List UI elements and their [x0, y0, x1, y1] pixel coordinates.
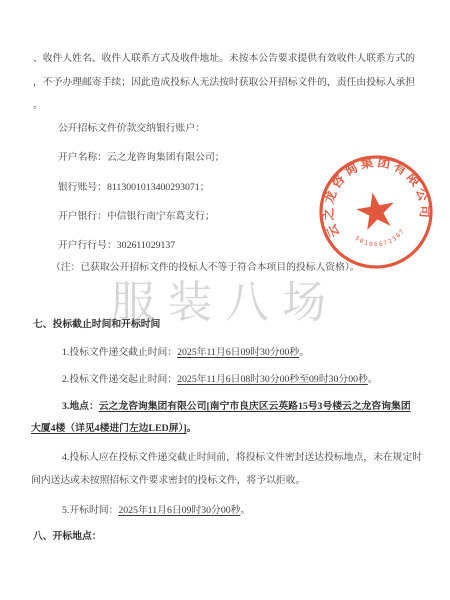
s7-item1: 1.投标文件递交截止时间：2025年11月6日09时30分00秒。 — [62, 344, 309, 358]
bank-account-title: 公开招标文件价款交纳银行账户： — [58, 120, 205, 134]
s7-item2-label: 2.投标文件递交起止时间： — [62, 374, 177, 385]
seal-star-icon — [354, 189, 398, 231]
s7-item5-tail: 。 — [240, 505, 250, 516]
svg-text:云之龙咨询集团有限公司: 云之龙咨询集团有限公司 — [311, 146, 435, 241]
section8-heading: 八、开标地点： — [33, 528, 102, 542]
s7-item3-address-part1: 云之龙咨询集团有限公司[南宁市良庆区云英路15号3号楼云之龙咨询集团 — [99, 401, 411, 412]
s7-item1-tail: 。 — [299, 347, 309, 358]
bank-branch: 开户银行：中信银行南宁东葛支行； — [58, 208, 215, 222]
paragraph-recipient-line3: 。 — [33, 97, 43, 111]
seal-company-name: 云之龙咨询集团有限公司 — [311, 146, 435, 241]
s7-item3-label: 3.地点： — [62, 401, 99, 412]
bank-account-name: 开户名称：云之龙咨询集团有限公司； — [58, 149, 225, 163]
s7-item5-label: 5.开标时间： — [62, 505, 118, 516]
s7-item5-time: 2025年11月6日09时30分00秒 — [118, 505, 240, 516]
paragraph-recipient-line1: 、收件人姓名、收件人联系方式及收件地址。未按本公告要求提供有效收件人联系方式的 — [33, 50, 415, 64]
s7-item3-line1: 3.地点：云之龙咨询集团有限公司[南宁市良庆区云英路15号3号楼云之龙咨询集团 — [62, 398, 411, 412]
bank-note: （注：已获取公开招标文件的投标人不等于符合本项目的投标人资格）。 — [51, 259, 360, 273]
s7-item3-tail: 。 — [187, 423, 197, 434]
s7-item5: 5.开标时间：2025年11月6日09时30分00秒。 — [62, 502, 250, 516]
s7-item1-label: 1.投标文件递交截止时间： — [62, 347, 177, 358]
s7-item2-window: 2025年11月6日08时30分00秒至09时30分00秒 — [177, 374, 368, 385]
s7-item2: 2.投标文件递交起止时间：2025年11月6日08时30分00秒至09时30分0… — [62, 371, 378, 385]
bank-account-number: 银行账号：8113001013400293071； — [58, 179, 210, 193]
s7-item1-deadline: 2025年11月6日09时30分00秒 — [177, 347, 299, 358]
s7-item3-line2: 大厦4楼（详见4楼进门左边LED屏）]。 — [31, 420, 196, 434]
s7-item4-line1: 4.投标人应在投标文件递交截止时间前，将投标文件密封送达投标地点，未在规定时 — [62, 449, 422, 463]
document-page: 服装八场 、收件人姓名、收件人联系方式及收件地址。未按本公告要求提供有效收件人联… — [0, 0, 450, 600]
bank-code: 开户行行号：302611029137 — [58, 237, 175, 251]
s7-item3-address-part2: 大厦4楼（详见4楼进门左边LED屏）] — [31, 423, 187, 434]
section7-heading: 七、投标截止时间和开标时间 — [33, 316, 160, 330]
company-seal: 云之龙咨询集团有限公司 4501066723070 — [306, 142, 445, 281]
s7-item2-tail: 。 — [368, 374, 378, 385]
paragraph-recipient-line2: ，不予办理邮寄手续；因此造成投标人无法按时获取公开招标文件的，责任由投标人承担 — [33, 74, 415, 88]
s7-item4-line2: 间内送达或未按照招标文件要求密封的投标文件，将予以拒收。 — [31, 472, 305, 486]
